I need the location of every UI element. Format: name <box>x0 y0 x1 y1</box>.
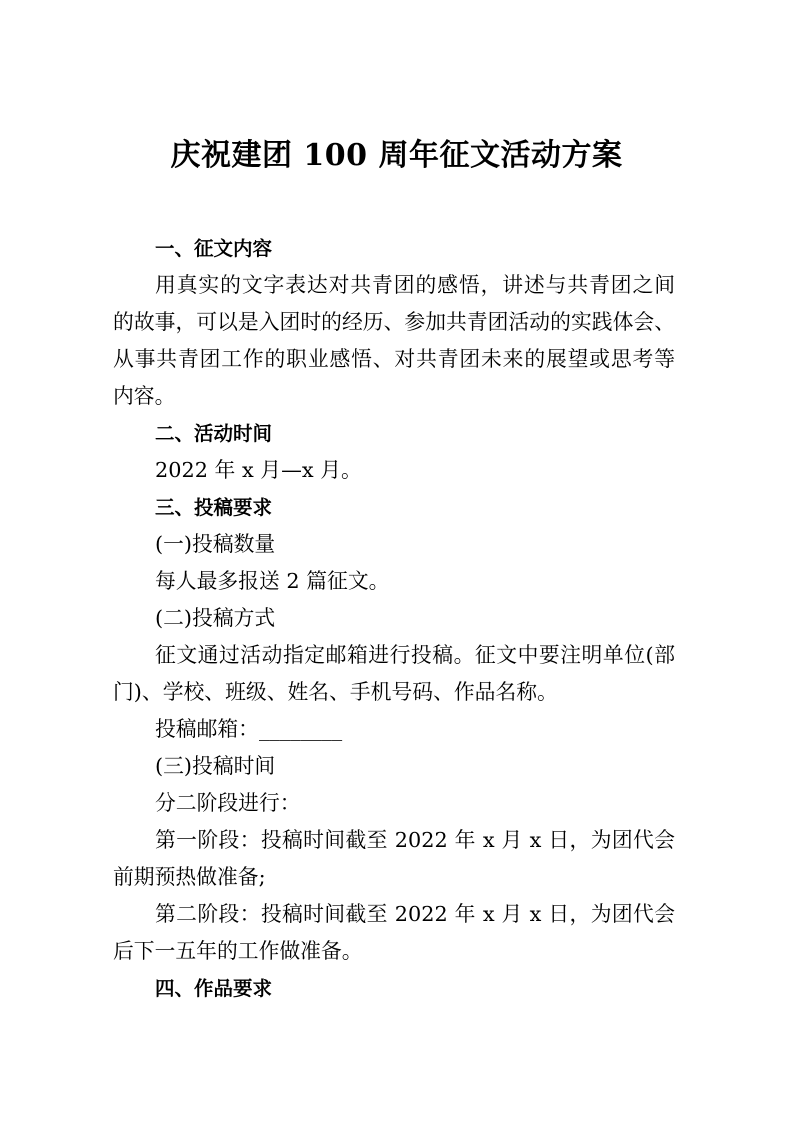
document-title: 庆祝建团 100 周年征文活动方案 <box>0 133 793 179</box>
section-1-paragraph-line: 内容。 <box>113 378 675 415</box>
activity-time-line: 2022 年 x 月—x 月。 <box>113 452 675 489</box>
section-2-heading: 二、活动时间 <box>113 415 675 452</box>
stage-2-line: 第二阶段：投稿时间截至 2022 年 x 月 x 日，为团代会 <box>113 896 675 933</box>
subsection-1-heading: (一)投稿数量 <box>113 526 675 563</box>
document-page: 庆祝建团 100 周年征文活动方案 一、征文内容用真实的文字表达对共青团的感悟，… <box>0 0 793 1122</box>
submission-email-line: 投稿邮箱：________ <box>113 711 675 748</box>
submission-method-line: 门)、学校、班级、姓名、手机号码、作品名称。 <box>113 674 675 711</box>
subsection-3-heading: (三)投稿时间 <box>113 748 675 785</box>
stage-2-line: 后下一五年的工作做准备。 <box>113 933 675 970</box>
section-3-heading: 三、投稿要求 <box>113 489 675 526</box>
section-1-paragraph-line: 用真实的文字表达对共青团的感悟，讲述与共青团之间 <box>113 267 675 304</box>
subsection-2-heading: (二)投稿方式 <box>113 600 675 637</box>
section-1-heading: 一、征文内容 <box>113 230 675 267</box>
submission-count-line: 每人最多报送 2 篇征文。 <box>113 563 675 600</box>
document-body: 一、征文内容用真实的文字表达对共青团的感悟，讲述与共青团之间的故事，可以是入团时… <box>113 230 675 1007</box>
stage-1-line: 前期预热做准备; <box>113 859 675 896</box>
stage-1-line: 第一阶段：投稿时间截至 2022 年 x 月 x 日，为团代会 <box>113 822 675 859</box>
section-1-paragraph-line: 从事共青团工作的职业感悟、对共青团未来的展望或思考等 <box>113 341 675 378</box>
section-1-paragraph-line: 的故事，可以是入团时的经历、参加共青团活动的实践体会、 <box>113 304 675 341</box>
stage-intro-line: 分二阶段进行： <box>113 785 675 822</box>
submission-method-line: 征文通过活动指定邮箱进行投稿。征文中要注明单位(部 <box>113 637 675 674</box>
section-4-heading: 四、作品要求 <box>113 970 675 1007</box>
